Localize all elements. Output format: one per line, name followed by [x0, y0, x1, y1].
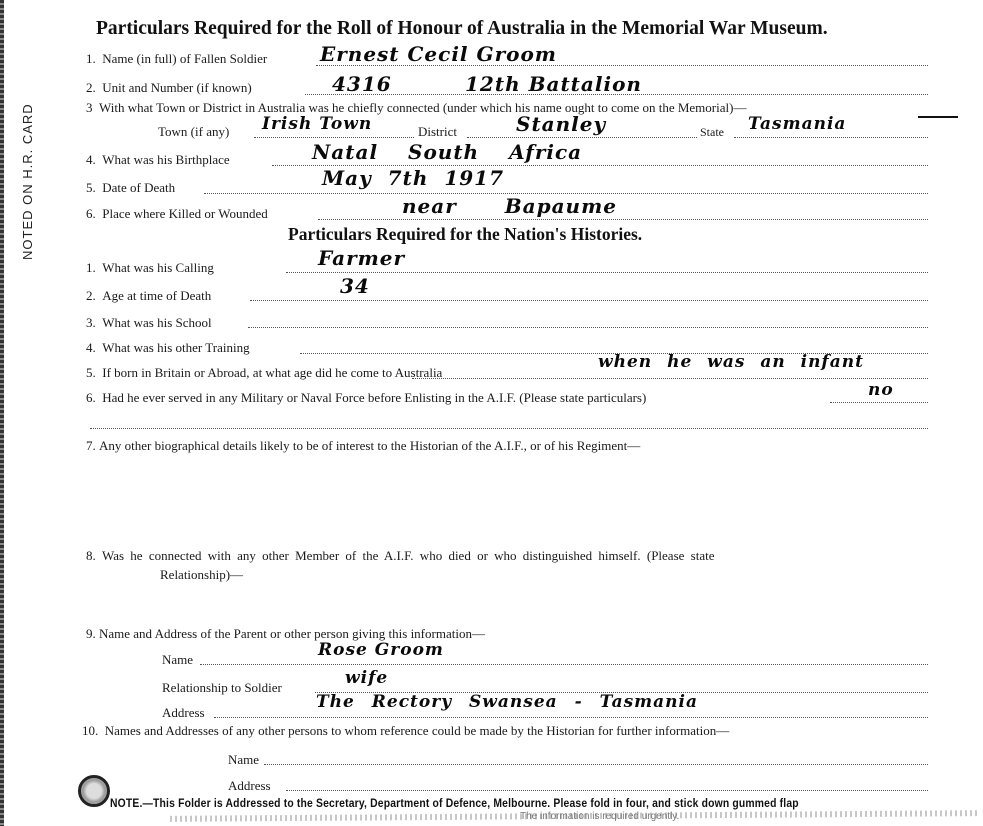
field-unit-label: 2. Unit and Number (if known): [86, 80, 252, 96]
field-place-killed-label: 6. Place where Killed or Wounded: [86, 206, 268, 222]
field-date-of-death-value: May 7th 1917: [322, 166, 504, 190]
field-calling-line: [286, 272, 928, 273]
field-prior-service-line-2: [90, 428, 928, 429]
field-other-persons-label: 10. Names and Addresses of any other per…: [82, 723, 729, 739]
informant-relationship-label: Relationship to Soldier: [162, 680, 282, 696]
field-age-line: [250, 300, 928, 301]
other-persons-name-line: [264, 764, 928, 765]
field-place-killed-value: near Bapaume: [402, 194, 617, 218]
field-age-label: 2. Age at time of Death: [86, 288, 211, 304]
wax-seal-stamp: [78, 775, 110, 807]
roll-of-honour-title: Particulars Required for the Roll of Hon…: [96, 18, 828, 40]
field-training-label: 4. What was his other Training: [86, 340, 250, 356]
informant-name-line: [200, 664, 928, 665]
field-date-of-death-label: 5. Date of Death: [86, 180, 175, 196]
field-birthplace-label: 4. What was his Birthplace: [86, 152, 230, 168]
district-line: [467, 137, 697, 138]
district-value: Stanley: [516, 112, 606, 136]
field-name-label: 1. Name (in full) of Fallen Soldier: [86, 51, 267, 67]
other-persons-address-line: [286, 790, 928, 791]
field-school-line: [248, 327, 928, 328]
town-line: [254, 137, 414, 138]
field-birthplace-value: Natal South Africa: [312, 140, 582, 164]
field-name-value: Ernest Cecil Groom: [320, 42, 557, 66]
district-label: District: [418, 124, 457, 140]
other-persons-address-label: Address: [228, 778, 271, 794]
town-value: Irish Town: [262, 114, 372, 134]
field-prior-service-label: 6. Had he ever served in any Military or…: [86, 390, 646, 406]
field-unit-number-value: 4316: [332, 72, 392, 96]
field-connected-member-label: 8. Was he connected with any other Membe…: [86, 548, 714, 564]
field-unit-battalion-value: 12th Battalion: [465, 72, 642, 96]
page-left-edge: [0, 0, 4, 826]
field-connection-label: 3 With what Town or District in Australi…: [86, 100, 746, 116]
state-label: State: [700, 125, 724, 140]
field-school-label: 3. What was his School: [86, 315, 212, 331]
field-calling-label: 1. What was his Calling: [86, 260, 214, 276]
field-prior-service-value: no: [868, 380, 894, 400]
informant-relationship-value: wife: [345, 668, 388, 688]
pen-dash-mark: [918, 116, 958, 118]
field-place-killed-line: [318, 219, 928, 220]
field-age-value: 34: [340, 274, 370, 298]
other-persons-name-label: Name: [228, 752, 259, 768]
nations-histories-title: Particulars Required for the Nation's Hi…: [288, 224, 642, 245]
margin-stamp: NOTED ON H.R. CARD: [20, 103, 35, 260]
field-calling-value: Farmer: [318, 246, 405, 270]
informant-address-label: Address: [162, 705, 205, 721]
field-arrival-age-label: 5. If born in Britain or Abroad, at what…: [86, 365, 442, 381]
state-line: [734, 137, 928, 138]
informant-name-label: Name: [162, 652, 193, 668]
state-value: Tasmania: [748, 114, 846, 134]
field-arrival-age-value: when he was an infant: [598, 352, 864, 372]
informant-address-line: [214, 717, 928, 718]
field-arrival-age-line: [412, 378, 928, 379]
field-relationship-label: Relationship)—: [160, 567, 243, 583]
informant-address-value: The Rectory Swansea - Tasmania: [316, 692, 698, 712]
footer-note: NOTE.—This Folder is Addressed to the Se…: [110, 798, 799, 810]
footer-note-under: The information is required urgently.: [520, 811, 679, 822]
town-label: Town (if any): [158, 124, 229, 140]
field-biographical-label: 7. Any other biographical details likely…: [86, 438, 640, 454]
informant-name-value: Rose Groom: [318, 640, 444, 660]
field-prior-service-line: [830, 402, 928, 403]
